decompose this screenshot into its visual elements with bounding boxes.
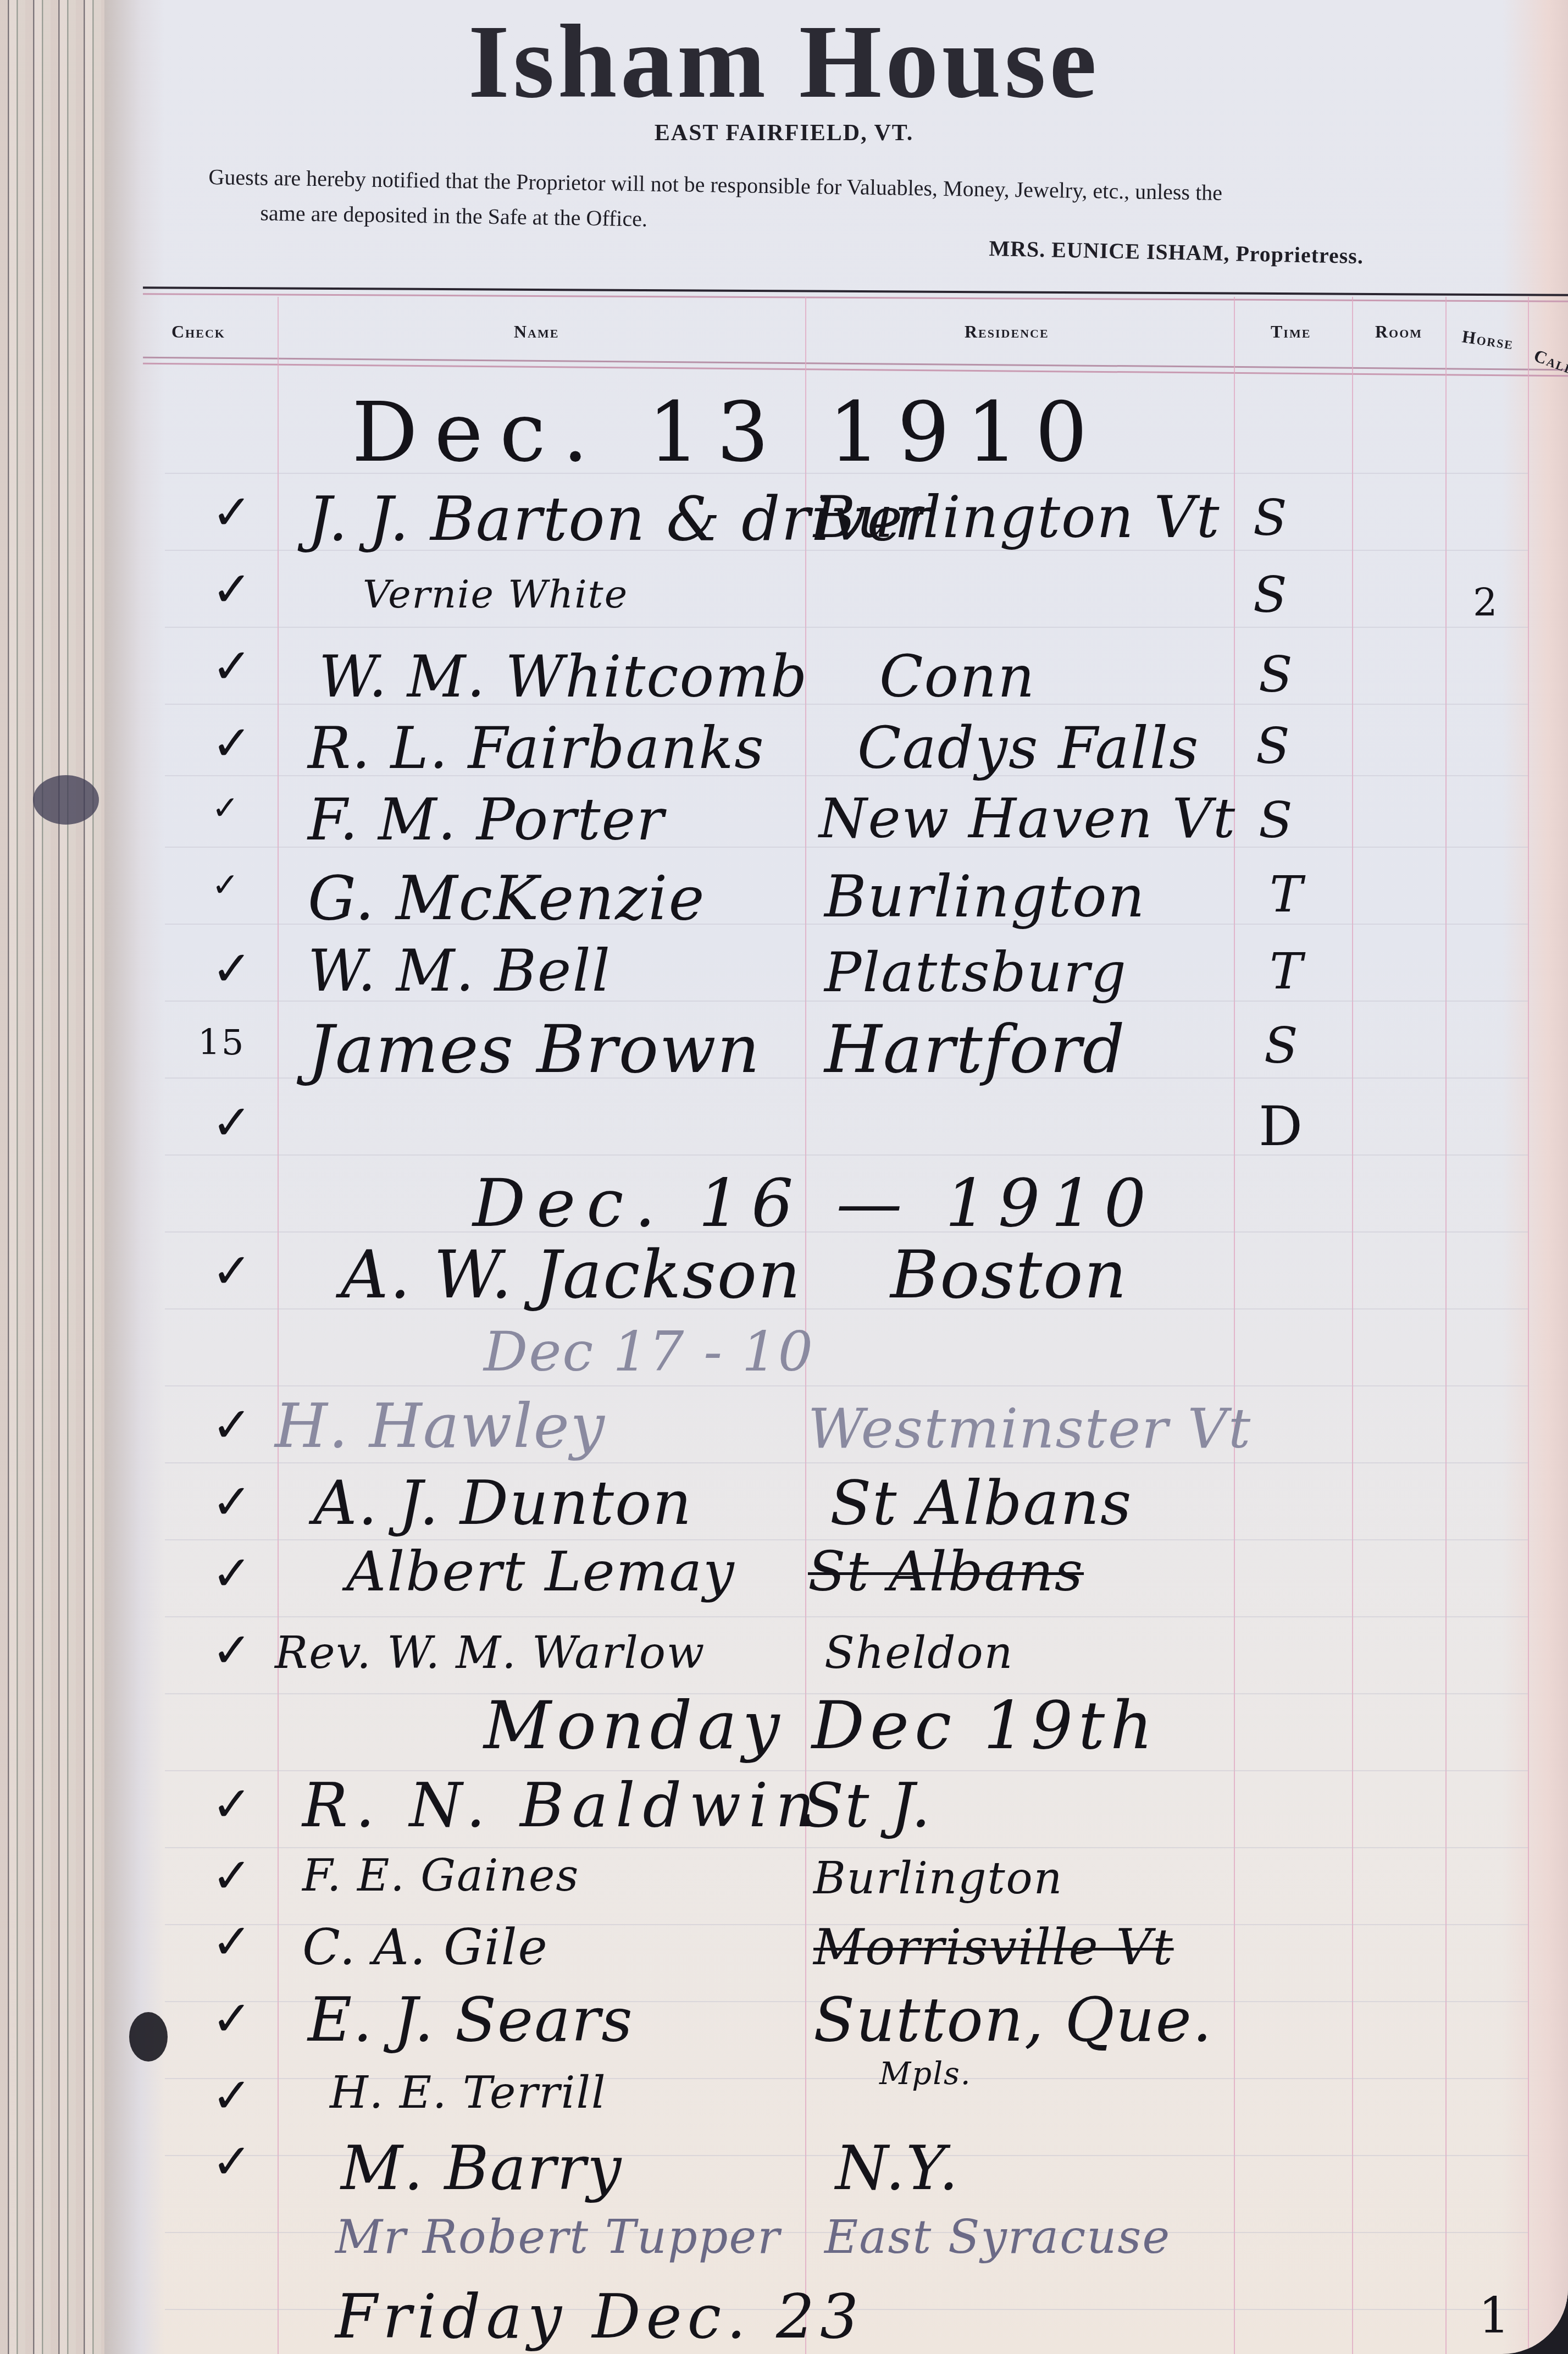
guest-residence: N.Y. bbox=[835, 2133, 960, 2203]
row-rule bbox=[165, 1154, 1528, 1156]
row-rule bbox=[165, 1462, 1528, 1463]
guest-time: S bbox=[1253, 566, 1288, 624]
guest-name: C. A. Gile bbox=[302, 1919, 548, 1976]
column-header-check: Check bbox=[171, 322, 225, 342]
column-header-residence: Residence bbox=[965, 322, 1049, 342]
guest-name: H. Hawley bbox=[275, 1391, 606, 1461]
guest-residence-struck: Morrisville Vt bbox=[813, 1919, 1174, 1976]
check-mark: ✓ bbox=[212, 1242, 252, 1299]
guest-name: F. M. Porter bbox=[308, 786, 665, 853]
guest-residence: Sutton, Que. bbox=[813, 1985, 1213, 2055]
guest-residence-struck: St Albans bbox=[808, 1539, 1084, 1604]
guest-residence: Burlington Vt bbox=[813, 484, 1221, 551]
guest-name: Vernie White bbox=[363, 572, 628, 617]
ink-blot bbox=[33, 775, 99, 825]
guest-residence: Plattsburg bbox=[824, 940, 1127, 1004]
guest-name: James Brown bbox=[308, 1012, 761, 1088]
column-rule bbox=[1528, 297, 1529, 2354]
liability-notice: Guests are hereby notified that the Prop… bbox=[208, 159, 1528, 251]
guest-residence: Sheldon bbox=[824, 1627, 1013, 1678]
guest-name: G. McKenzie bbox=[308, 863, 706, 933]
guest-name: Mr Robert Tupper bbox=[335, 2210, 780, 2264]
page-stack-edge bbox=[0, 0, 110, 2354]
guest-time: S bbox=[1264, 1017, 1299, 1075]
call-value: 1 bbox=[1478, 2287, 1511, 2345]
check-mark: ✓ bbox=[212, 638, 252, 694]
check-mark: ✓ bbox=[212, 940, 252, 997]
guest-name: M. Barry bbox=[341, 2133, 622, 2203]
check-mark: ✓ bbox=[212, 2067, 252, 2124]
guest-residence: Burlington bbox=[813, 1853, 1063, 1904]
check-mark: ✓ bbox=[212, 715, 252, 771]
guest-name: A. J. Dunton bbox=[313, 1468, 692, 1538]
row-rule bbox=[165, 627, 1528, 628]
guest-horse: 2 bbox=[1473, 580, 1499, 625]
guest-time: T bbox=[1270, 866, 1304, 924]
column-rule bbox=[278, 297, 279, 2354]
ink-blot bbox=[129, 2012, 168, 2062]
guest-time: S bbox=[1259, 792, 1294, 849]
check-mark: ✓ bbox=[212, 1622, 252, 1678]
check-mark: ✓ bbox=[212, 484, 252, 540]
check-mark: ✓ bbox=[212, 866, 239, 904]
guest-residence: New Haven Vt bbox=[819, 786, 1236, 850]
guest-name: A. W. Jackson bbox=[341, 1237, 801, 1313]
row-rule bbox=[165, 1847, 1528, 1848]
check-mark: ✓ bbox=[212, 1776, 252, 1832]
row-rule bbox=[165, 1616, 1528, 1617]
guest-name: R. N. Baldwin bbox=[302, 1770, 822, 1841]
guest-time: S bbox=[1253, 489, 1288, 547]
date-heading: Dec. 13 1910 bbox=[352, 385, 1104, 480]
check-mark: ✓ bbox=[212, 1847, 252, 1904]
column-header-room: Room bbox=[1375, 322, 1422, 342]
check-mark: ✓ bbox=[212, 789, 239, 827]
ledger-page: Isham House EAST FAIRFIELD, VT. Guests a… bbox=[0, 0, 1568, 2354]
guest-time: D bbox=[1259, 1094, 1304, 1158]
row-rule bbox=[165, 1385, 1528, 1386]
guest-residence: Boston bbox=[890, 1237, 1128, 1313]
check-mark: ✓ bbox=[212, 1094, 252, 1151]
guest-residence: Hartford bbox=[824, 1012, 1126, 1088]
check-mark: ✓ bbox=[212, 1396, 252, 1453]
guest-time: T bbox=[1270, 943, 1304, 1001]
guest-name: H. E. Terrill bbox=[330, 2067, 607, 2118]
guest-name: Rev. W. M. Warlow bbox=[275, 1627, 705, 1678]
date-heading: Friday Dec. 23 bbox=[335, 2281, 864, 2352]
column-header-name: Name bbox=[514, 322, 559, 342]
guest-residence: Westminster Vt bbox=[808, 1396, 1251, 1461]
guest-name: W. M. Whitcomb bbox=[319, 643, 808, 710]
date-heading: Monday Dec 19th bbox=[484, 1688, 1158, 1764]
guest-time: S bbox=[1256, 717, 1291, 775]
hotel-name: Isham House bbox=[0, 2, 1568, 122]
column-rule bbox=[1234, 297, 1235, 2354]
check-mark: ✓ bbox=[212, 561, 252, 617]
hotel-location: EAST FAIRFIELD, VT. bbox=[0, 120, 1568, 146]
check-mark: ✓ bbox=[212, 1473, 252, 1530]
guest-name: E. J. Sears bbox=[308, 1985, 634, 2055]
check-mark: ✓ bbox=[212, 1545, 252, 1601]
column-rule bbox=[1352, 297, 1353, 2354]
margin-note: 15 bbox=[198, 1023, 245, 1063]
guest-name: F. E. Gaines bbox=[302, 1850, 579, 1901]
guest-residence: St Albans bbox=[830, 1468, 1132, 1538]
header-rule-bottom bbox=[143, 357, 1568, 377]
gutter-shadow bbox=[104, 0, 165, 2354]
check-mark: ✓ bbox=[212, 1990, 252, 2047]
column-rule bbox=[1445, 297, 1447, 2354]
header-rule-top bbox=[143, 286, 1568, 302]
guest-name: Albert Lemay bbox=[346, 1539, 735, 1604]
guest-name: R. L. Fairbanks bbox=[308, 715, 765, 782]
guest-residence: Burlington bbox=[824, 863, 1146, 930]
date-heading: Dec 17 - 10 bbox=[484, 1319, 814, 1384]
guest-residence: Cadys Falls bbox=[857, 715, 1199, 782]
guest-name: W. M. Bell bbox=[308, 937, 611, 1004]
guest-residence: East Syracuse bbox=[824, 2210, 1171, 2264]
guest-residence: St J. bbox=[802, 1770, 932, 1841]
guest-time: S bbox=[1259, 646, 1294, 704]
date-heading: Dec. 16 — 1910 bbox=[473, 1165, 1157, 1242]
guest-residence: Mpls. bbox=[879, 2056, 972, 2092]
check-mark: ✓ bbox=[212, 1913, 252, 1970]
column-header-time: Time bbox=[1271, 322, 1311, 342]
check-mark: ✓ bbox=[212, 2133, 252, 2190]
guest-residence: Conn bbox=[879, 643, 1035, 710]
